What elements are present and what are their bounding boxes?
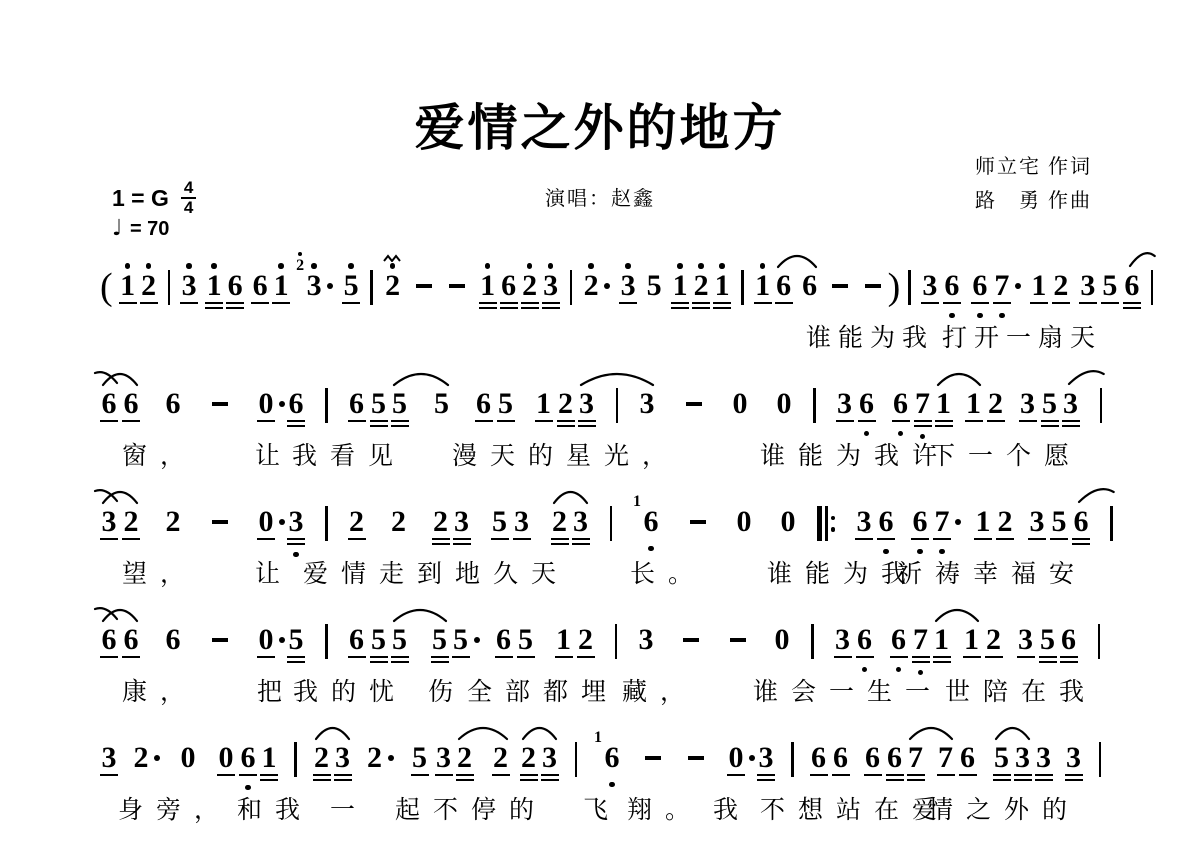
note-token: 3 [1035,724,1053,800]
note-token [686,488,709,558]
note-token: 6 [122,606,140,679]
note-token: 5 [391,606,409,682]
lyric-segment: 打开一扇天 [942,318,1102,354]
augmentation-dot [1014,252,1022,322]
note-token: 5 [1101,252,1119,325]
note-token: 2 [390,488,408,558]
dash-line [449,284,465,288]
note-token: 0 [179,724,197,794]
time-signature-denominator: 4 [184,199,193,216]
note-token: 6 [886,724,904,800]
score-line: 666066555651233003667112353窗，让我看见漫天的星光，谁… [100,370,1100,488]
note-token: 3 [836,370,854,443]
note-token: 6 [775,252,793,325]
note-token: 3 [1079,252,1097,325]
barline [610,488,613,558]
note-token: 7 [912,606,930,682]
note-token: 2 [520,724,538,800]
note-token: 3 [1062,370,1080,446]
note-token: 3 [513,488,531,561]
lyricist-credit: 师立宅 作词 [975,150,1092,184]
low-octave-dot [648,546,654,552]
note-token: 1 [974,488,992,561]
high-octave-dot [485,263,491,269]
barline [1110,488,1113,558]
note-token [726,606,749,676]
octave-marks-above [677,252,683,270]
note-token: 3 [619,252,637,325]
high-octave-dot [719,263,725,269]
lyrics-line: 谁能为我打开一扇天 [100,318,1100,354]
note-token: 2 [987,370,1005,443]
note-token: 2 [521,252,539,328]
note-token: 2 [582,252,600,322]
octave-marks-above [625,252,631,270]
lyric-segment: 伤 [428,672,466,708]
notation-line: 32203222353231600366712356 [100,488,1100,564]
lyric-segment: 我 [713,790,751,826]
parenthesis: ) [888,252,901,322]
note-token: 2 [692,252,710,328]
note-token: 7 [907,724,925,800]
octave-marks-above [125,252,131,270]
note-token: 6 [475,370,493,443]
grace-note: 1 [632,475,642,545]
barline [1098,606,1101,676]
lyric-segment: 一 [330,790,368,826]
note-token: 6 [943,252,961,325]
high-octave-dot [125,263,131,269]
lyric-segment: 让 [255,554,293,590]
high-octave-dot [677,263,683,269]
lyrics-line: 窗，让我看见漫天的星光，谁能为我许下一个愿 [100,436,1100,472]
note-token: 1 [272,252,290,325]
high-octave-dot [278,263,284,269]
dash-line [645,756,661,760]
note-token: 2 [996,488,1014,561]
grace-note: 1 [593,711,603,781]
note-token: 5 [287,606,305,682]
note-token: 3 [578,370,596,446]
note-token: 5 [1039,606,1057,682]
note-token: 1 [119,252,137,325]
note-token: 2 [557,370,575,446]
lyric-segment: 藏， [622,672,698,708]
note-token: 2 [492,724,510,797]
lyric-segment: 我的忧 [293,672,407,708]
note-token: 5 [993,724,1011,800]
score-line: 66605655556512303667112356康，把我的忧伤全部都埋藏，谁… [100,606,1100,724]
notation-line: (123166123521623235121166)366712356 [100,252,1100,328]
barline [1100,370,1103,440]
note-token: 1 [535,370,553,443]
note-token: 2 [577,606,595,679]
note-token: 6 [642,488,660,558]
high-octave-dot [211,263,217,269]
dash-line [686,402,702,406]
note-token: 5 [431,606,449,682]
octave-marks-above [186,252,192,270]
dash-line [212,638,228,642]
lyric-segment: 我看见 [292,436,406,472]
note-token [829,252,852,322]
dash-line [416,284,432,288]
lyric-segment: 把 [257,672,295,708]
note-token [641,724,664,794]
note-token: 2 [366,724,384,794]
note-token: 3 [637,606,655,676]
octave-marks-above [146,252,152,270]
augmentation-dot [278,606,286,676]
note-token: 6 [911,488,929,561]
note-token: 0 [731,370,749,440]
augmentation-dot [387,724,395,794]
note-token: 1 [260,724,278,800]
note-token: 3 [334,724,352,800]
note-token: 3 [757,724,775,800]
high-octave-dot [186,263,192,269]
note-token: 6 [858,370,876,443]
augmentation-dot [278,488,286,558]
note-token [208,370,231,440]
augmentation-dot [473,606,481,676]
barline [325,370,328,440]
mordent-icon [383,254,403,262]
note-token: 3 [305,252,323,322]
lyrics-line: 望，让爱情走到地久天长。谁能为我祈祷幸福安 [100,554,1100,590]
note-token: 1 [479,252,497,328]
note-token: 2 [140,252,158,325]
note-token: 5 [1041,370,1059,446]
octave-marks-above [298,239,302,257]
note-token: 1 [935,370,953,446]
barline [575,724,578,794]
octave-marks-above [588,252,594,270]
key-signature: 1 = G44 [112,182,196,218]
high-octave-dot [625,263,631,269]
note-token: 2 [985,606,1003,679]
dash-line [865,284,881,288]
barline [168,252,171,322]
barline [1151,252,1154,322]
dash-line [212,520,228,524]
lyric-segment: 情之外的 [928,790,1080,826]
score-line: 320061232532223160366667765333身旁，和我一起不停的… [100,724,1100,842]
grace-note: 2 [295,239,305,309]
lyric-segment: 起不停的 [395,790,547,826]
notation-line: 666066555651233003667112353 [100,370,1100,446]
key-text: 1 = G [112,185,169,211]
note-token: 3 [100,488,118,561]
note-token: 1 [713,252,731,328]
barline [741,252,744,322]
lyric-segment: 康， [122,672,198,708]
note-token: 6 [603,724,621,794]
note-token: 5 [391,370,409,446]
barline [615,606,618,676]
octave-marks-above [485,252,491,270]
lyric-segment: 望， [122,554,198,590]
note-token: 0 [257,488,275,561]
score-line: (123166123521623235121166)366712356谁能为我打… [100,252,1100,370]
barline [1099,724,1102,794]
note-token [413,252,436,322]
note-token: 3 [1065,724,1083,800]
note-token: 1 [555,606,573,679]
note-token: 1 [963,606,981,679]
high-octave-dot [146,263,152,269]
high-octave-dot [548,263,554,269]
lyric-segment: 让 [255,436,293,472]
lyric-segment: 翔。 [627,790,703,826]
note-token: 6 [122,370,140,443]
barline [325,606,328,676]
octave-marks-above [311,252,317,270]
note-token: 1 [965,370,983,443]
octave-marks-above [211,252,217,270]
note-token: 5 [1050,488,1068,561]
high-octave-dot [527,263,533,269]
barline [616,370,619,440]
tempo-value: = 70 [124,218,169,240]
note-token: 5 [342,252,360,325]
note-token: 5 [411,724,429,797]
note-token: 1 [933,606,951,682]
high-octave-dot [348,263,354,269]
lyric-segment: 长。 [630,554,706,590]
note-token: 0 [773,606,791,676]
lyric-segment: 身旁， [118,790,232,826]
lyric-segment: 漫天的星光， [452,436,680,472]
lyrics-line: 康，把我的忧伤全部都埋藏，谁会一生一世陪在我 [100,672,1100,708]
score-line: 32203222353231600366712356望，让爱情走到地久天长。谁能… [100,488,1100,606]
note-token: 6 [877,488,895,561]
note-token: 3 [453,488,471,564]
high-octave-dot [298,252,302,256]
octave-marks-above [698,252,704,270]
barline [570,252,573,322]
note-token: 3 [921,252,939,325]
note-token: 6 [1060,606,1078,682]
note-token: 0 [727,724,745,797]
note-token: 6 [832,724,850,797]
note-token: 2 [551,488,569,564]
note-token: 0 [217,724,235,797]
dash-line [730,638,746,642]
note-token: 6 [348,370,366,443]
note-token: 7 [933,488,951,561]
note-token [684,724,707,794]
note-token: 6 [500,252,518,328]
note-token: 1 [754,252,772,325]
score-body: (123166123521623235121166)366712356谁能为我打… [100,252,1100,842]
note-token: 2 [132,724,150,794]
note-token: 6 [890,606,908,679]
octave-marks-above [548,252,554,270]
barline [370,252,373,322]
augmentation-dot [326,252,334,322]
lyric-segment: 祈祷幸福安 [897,554,1087,590]
note-token: 5 [370,370,388,446]
quarter-note-icon: ♩ [112,216,122,241]
note-token: 0 [257,606,275,679]
note-token: 2 [1052,252,1070,325]
high-octave-dot [698,263,704,269]
tempo-mark: ♩ = 70 [112,216,169,241]
note-token: 3 [834,606,852,679]
sheet-music-page: 爱情之外的地方 师立宅 作词 路 勇 作曲 演唱：赵鑫 1 = G44 ♩ = … [0,0,1200,850]
dash-line [688,756,704,760]
lyric-segment: 谁会一生一 [753,672,943,708]
note-token: 1 [671,252,689,328]
barline [908,252,911,322]
note-token: 6 [801,252,819,322]
dash-line [832,284,848,288]
time-signature: 44 [181,180,196,216]
octave-marks-above [278,252,284,270]
note-token [682,370,705,440]
note-token: 6 [100,370,118,443]
note-token: 6 [251,252,269,325]
note-token [208,606,231,676]
note-token: 6 [239,724,257,797]
lyric-segment: 下一个愿 [930,436,1082,472]
lyric-segment: 谁能为我 [806,318,934,354]
note-token: 0 [775,370,793,440]
note-token: 3 [435,724,453,797]
lyric-segment: 和我 [237,790,313,826]
note-token [862,252,885,322]
note-token: 5 [370,606,388,682]
octave-marks-above [348,252,354,270]
octave-marks-above [760,252,766,270]
note-token: 2 [432,488,450,564]
note-token: 3 [1019,370,1037,443]
augmentation-dot [153,724,161,794]
notation-line: 320061232532223160366667765333 [100,724,1100,800]
note-token: 0 [257,370,275,443]
note-token: 7 [993,252,1011,325]
time-signature-numerator: 4 [181,180,196,199]
singer-line: 演唱：赵鑫 [545,182,655,211]
note-token: 6 [164,370,182,440]
augmentation-dot [278,370,286,440]
dash-line [683,638,699,642]
note-token: 5 [433,370,451,440]
note-token: 7 [914,370,932,446]
high-octave-dot [760,263,766,269]
note-token: 3 [541,724,559,800]
dash-line [690,520,706,524]
note-token: 3 [1017,606,1035,679]
note-token: 6 [1072,488,1090,564]
repeat-dots [831,506,836,541]
lyric-segment: 爱情走到地久天 [303,554,569,590]
note-token: 5 [517,606,535,679]
note-token: 2 [164,488,182,558]
note-token: 6 [100,606,118,679]
note-token: 2 [313,724,331,800]
barline [791,724,794,794]
barline [294,724,297,794]
lyric-segment: 全部都埋 [467,672,619,708]
note-token: 3 [287,488,305,564]
lyric-segment: 窗， [122,436,198,472]
composer-credit: 路 勇 作曲 [975,184,1092,218]
high-octave-dot [311,263,317,269]
note-token: 6 [287,370,305,446]
note-token: 1 [205,252,223,328]
note-token: 3 [638,370,656,440]
note-token: 6 [892,370,910,443]
note-token: 6 [856,606,874,679]
note-token: 2 [383,252,403,322]
note-token: 6 [495,606,513,679]
notation-line: 66605655556512303667112356 [100,606,1100,682]
note-token: 2 [122,488,140,561]
barline [813,370,816,440]
lyrics-line: 身旁，和我一起不停的飞翔。我不想站在爱情之外的 [100,790,1100,826]
note-token: 6 [810,724,828,797]
high-octave-dot [390,263,396,269]
note-token: 2 [456,724,474,800]
repeat-begin-barline [817,488,835,558]
credits-block: 师立宅 作词 路 勇 作曲 [975,150,1092,218]
note-token [446,252,469,322]
note-token: 3 [1028,488,1046,561]
note-token: 7 [937,724,955,797]
note-token: 6 [864,724,882,797]
octave-marks-above [527,252,533,270]
dash-line [212,402,228,406]
augmentation-dot [954,488,962,558]
parenthesis: ( [100,252,113,322]
lyric-segment: 飞 [583,790,621,826]
octave-marks-above [383,252,403,270]
note-token: 3 [855,488,873,561]
note-token: 5 [491,488,509,561]
note-token: 3 [542,252,560,328]
augmentation-dot [603,252,611,322]
octave-marks-above [719,252,725,270]
note-token: 3 [180,252,198,325]
note-token: 3 [1014,724,1032,800]
note-token: 5 [452,606,470,679]
note-token: 6 [226,252,244,328]
note-token: 1 [1030,252,1048,325]
low-octave-dot [609,782,615,788]
note-token: 5 [645,252,663,322]
note-token: 6 [1123,252,1141,328]
note-token: 6 [971,252,989,325]
barline [325,488,328,558]
augmentation-dot [748,724,756,794]
note-token: 5 [497,370,515,443]
note-token: 6 [164,606,182,676]
high-octave-dot [588,263,594,269]
lyric-segment: 不想站在爱 [760,790,950,826]
note-token: 2 [348,488,366,561]
note-token: 3 [100,724,118,797]
note-token [208,488,231,558]
lyric-segment: 谁能为我许 [760,436,950,472]
note-token: 0 [735,488,753,558]
note-token: 3 [572,488,590,564]
barline [811,606,814,676]
note-token: 6 [348,606,366,679]
note-token: 6 [959,724,977,797]
note-token: 0 [779,488,797,558]
